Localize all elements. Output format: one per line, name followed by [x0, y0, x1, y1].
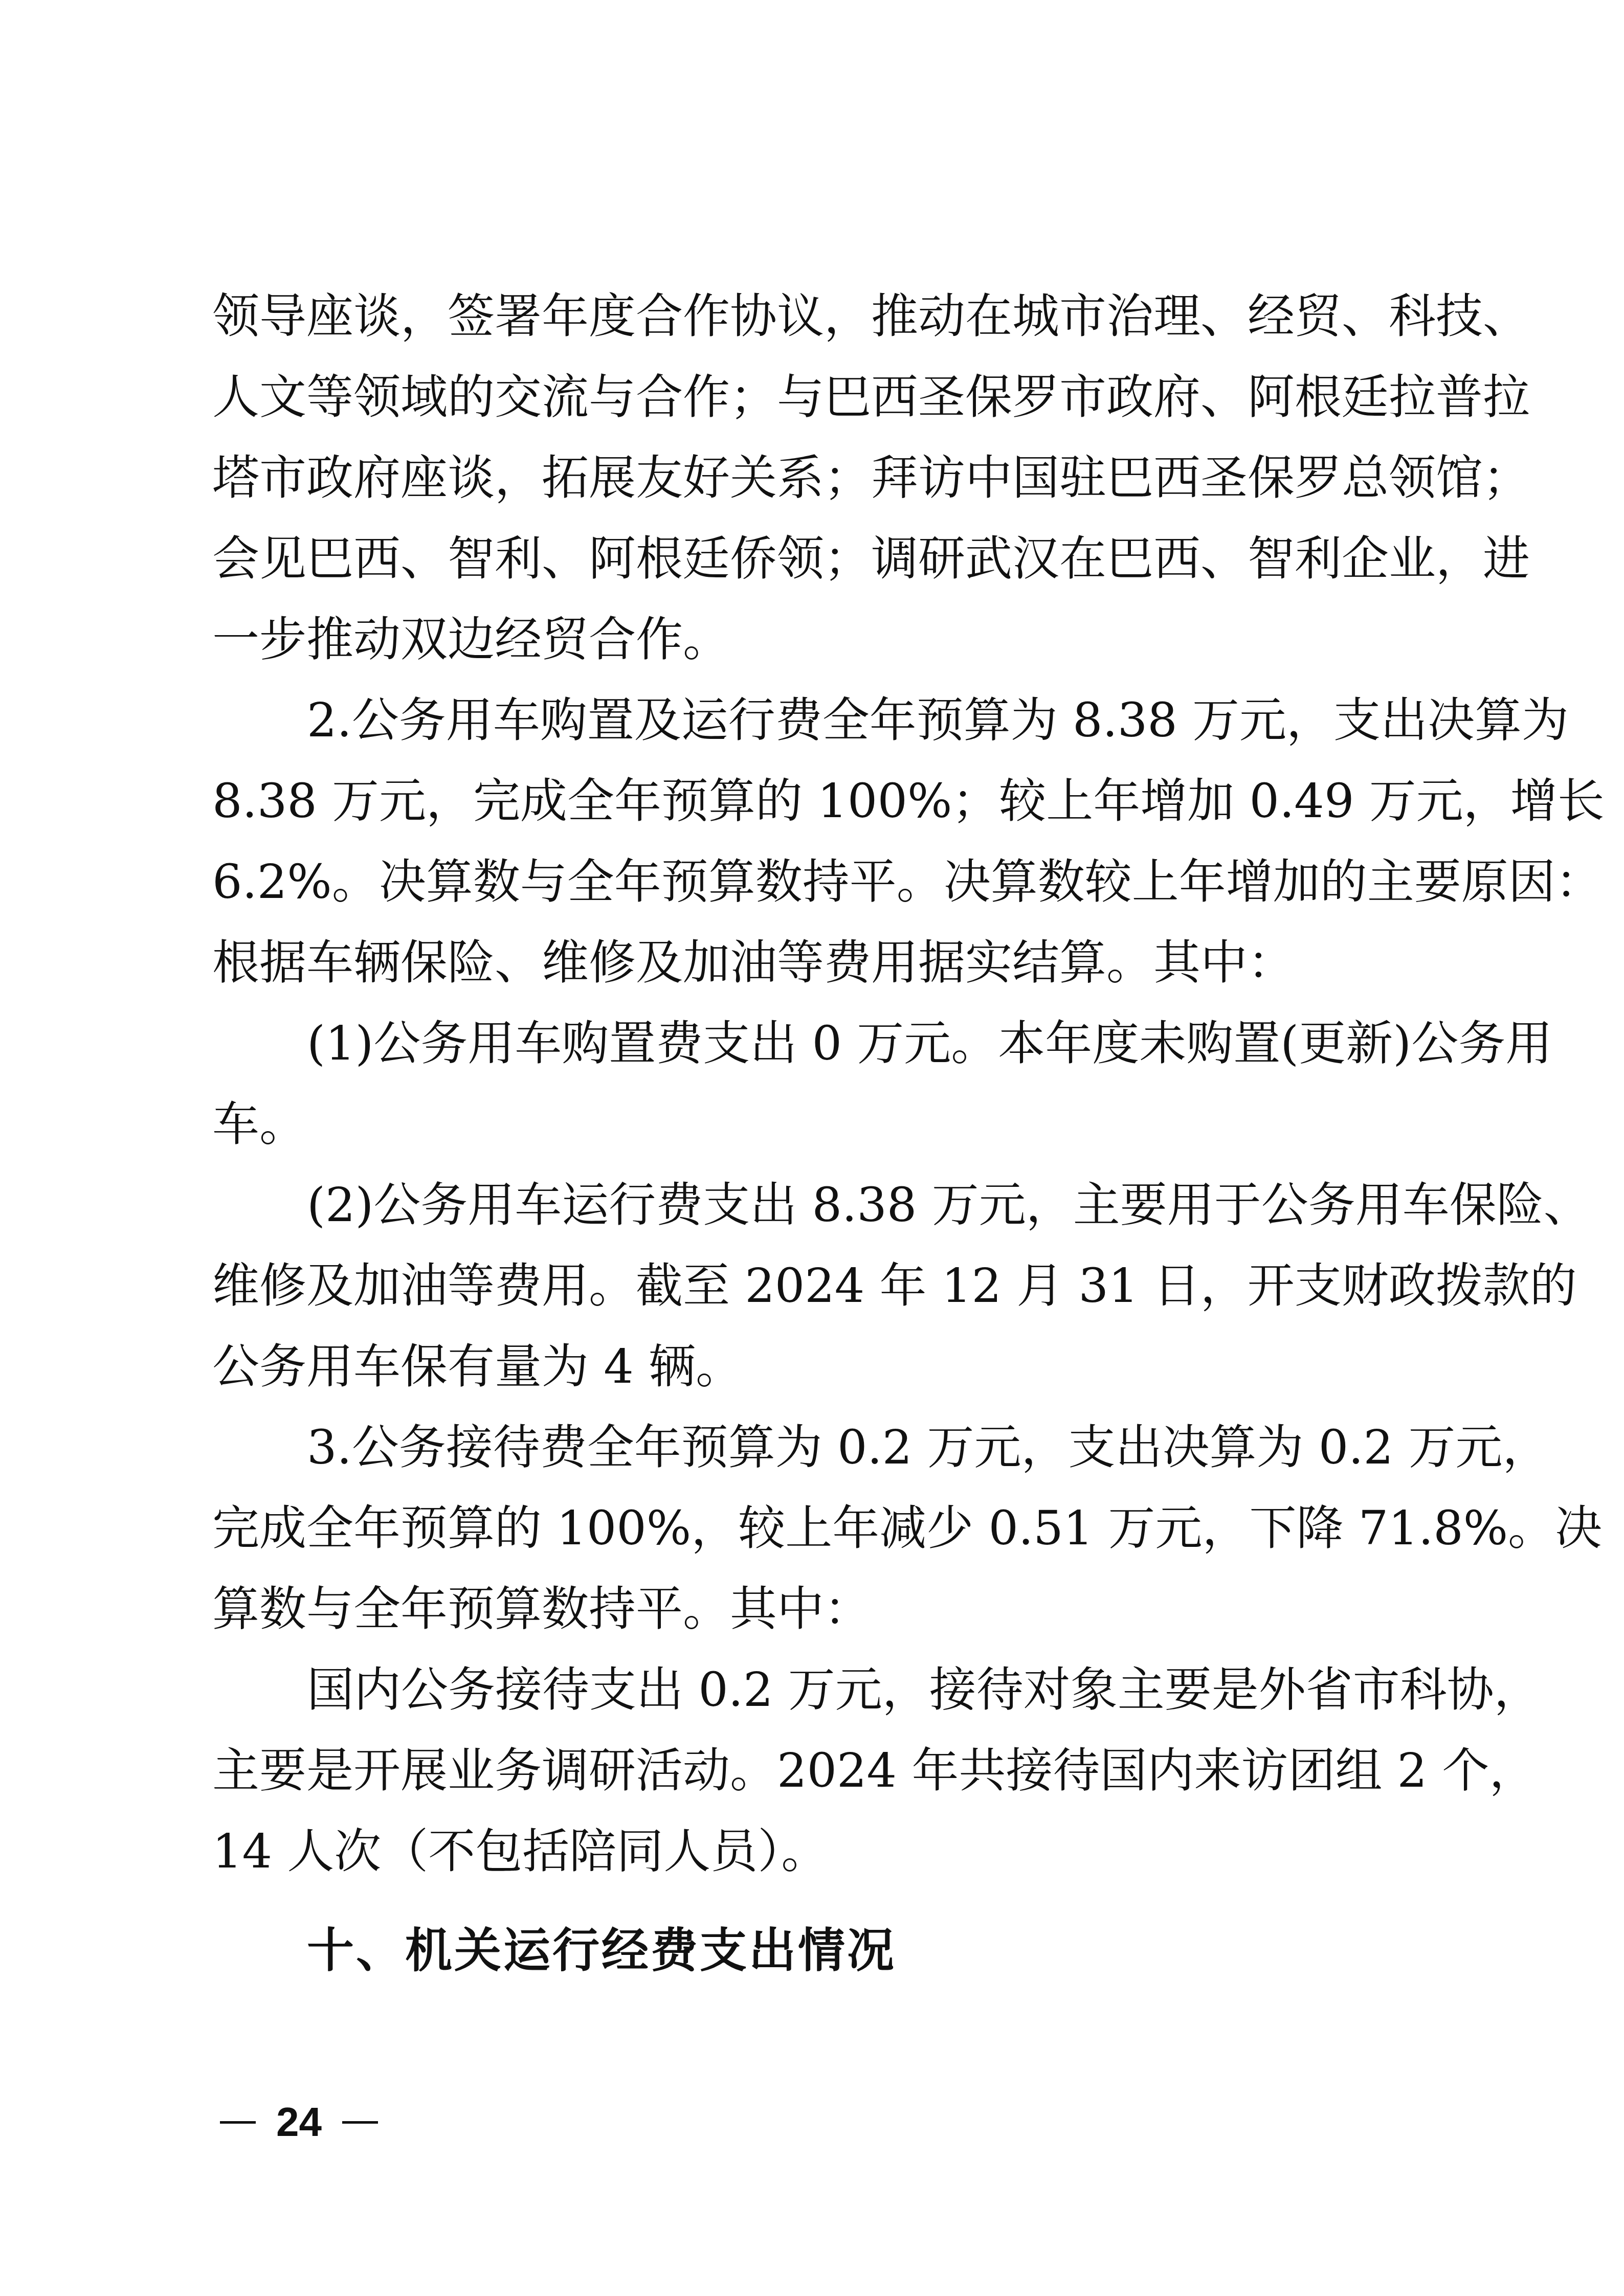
body-text: 领导座谈，签署年度合作协议，推动在城市治理、经贸、科技、 人文等领域的交流与合作… — [212, 276, 1425, 1892]
dash-right — [342, 2121, 378, 2124]
text-line: 一步推动双边经贸合作。 — [212, 599, 1425, 680]
paragraph-vehicle-costs: 2.公务用车购置及运行费全年预算为 8.38 万元，支出决算为 — [212, 680, 1425, 761]
text-line: 领导座谈，签署年度合作协议，推动在城市治理、经贸、科技、 — [212, 276, 1425, 357]
text-line: 完成全年预算的 100%，较上年减少 0.51 万元，下降 71.8%。决 — [212, 1488, 1425, 1569]
text-line: 人文等领域的交流与合作；与巴西圣保罗市政府、阿根廷拉普拉 — [212, 357, 1425, 438]
page-number-value: 24 — [276, 2091, 322, 2153]
text-line: 维修及加油等费用。截至 2024 年 12 月 31 日，开支财政拨款的 — [212, 1246, 1425, 1326]
document-page: 领导座谈，签署年度合作协议，推动在城市治理、经贸、科技、 人文等领域的交流与合作… — [0, 0, 1624, 2296]
page-number: 24 — [220, 2091, 378, 2153]
text-line: 14 人次（不包括陪同人员）。 — [212, 1811, 1425, 1892]
text-line: 算数与全年预算数持平。其中： — [212, 1569, 1425, 1650]
paragraph-domestic-reception: 国内公务接待支出 0.2 万元，接待对象主要是外省市科协， — [212, 1650, 1425, 1730]
text-line: 6.2%。决算数与全年预算数持平。决算数较上年增加的主要原因： — [212, 842, 1425, 922]
section-heading: 十、机关运行经费支出情况 — [307, 1920, 896, 1982]
paragraph-reception-costs: 3.公务接待费全年预算为 0.2 万元，支出决算为 0.2 万元， — [212, 1407, 1425, 1488]
text-line: 根据车辆保险、维修及加油等费用据实结算。其中： — [212, 922, 1425, 1003]
text-line: 公务用车保有量为 4 辆。 — [212, 1326, 1425, 1407]
text-line: 主要是开展业务调研活动。2024 年共接待国内来访团组 2 个， — [212, 1730, 1425, 1811]
paragraph-vehicle-purchase: (1)公务用车购置费支出 0 万元。本年度未购置(更新)公务用 — [212, 1003, 1425, 1084]
dash-left — [220, 2121, 256, 2124]
text-line: 塔市政府座谈，拓展友好关系；拜访中国驻巴西圣保罗总领馆； — [212, 438, 1425, 519]
text-line: 8.38 万元，完成全年预算的 100%；较上年增加 0.49 万元，增长 — [212, 761, 1425, 842]
paragraph-vehicle-operation: (2)公务用车运行费支出 8.38 万元，主要用于公务用车保险、 — [212, 1165, 1425, 1246]
text-line: 车。 — [212, 1084, 1425, 1165]
text-line: 会见巴西、智利、阿根廷侨领；调研武汉在巴西、智利企业，进 — [212, 519, 1425, 599]
